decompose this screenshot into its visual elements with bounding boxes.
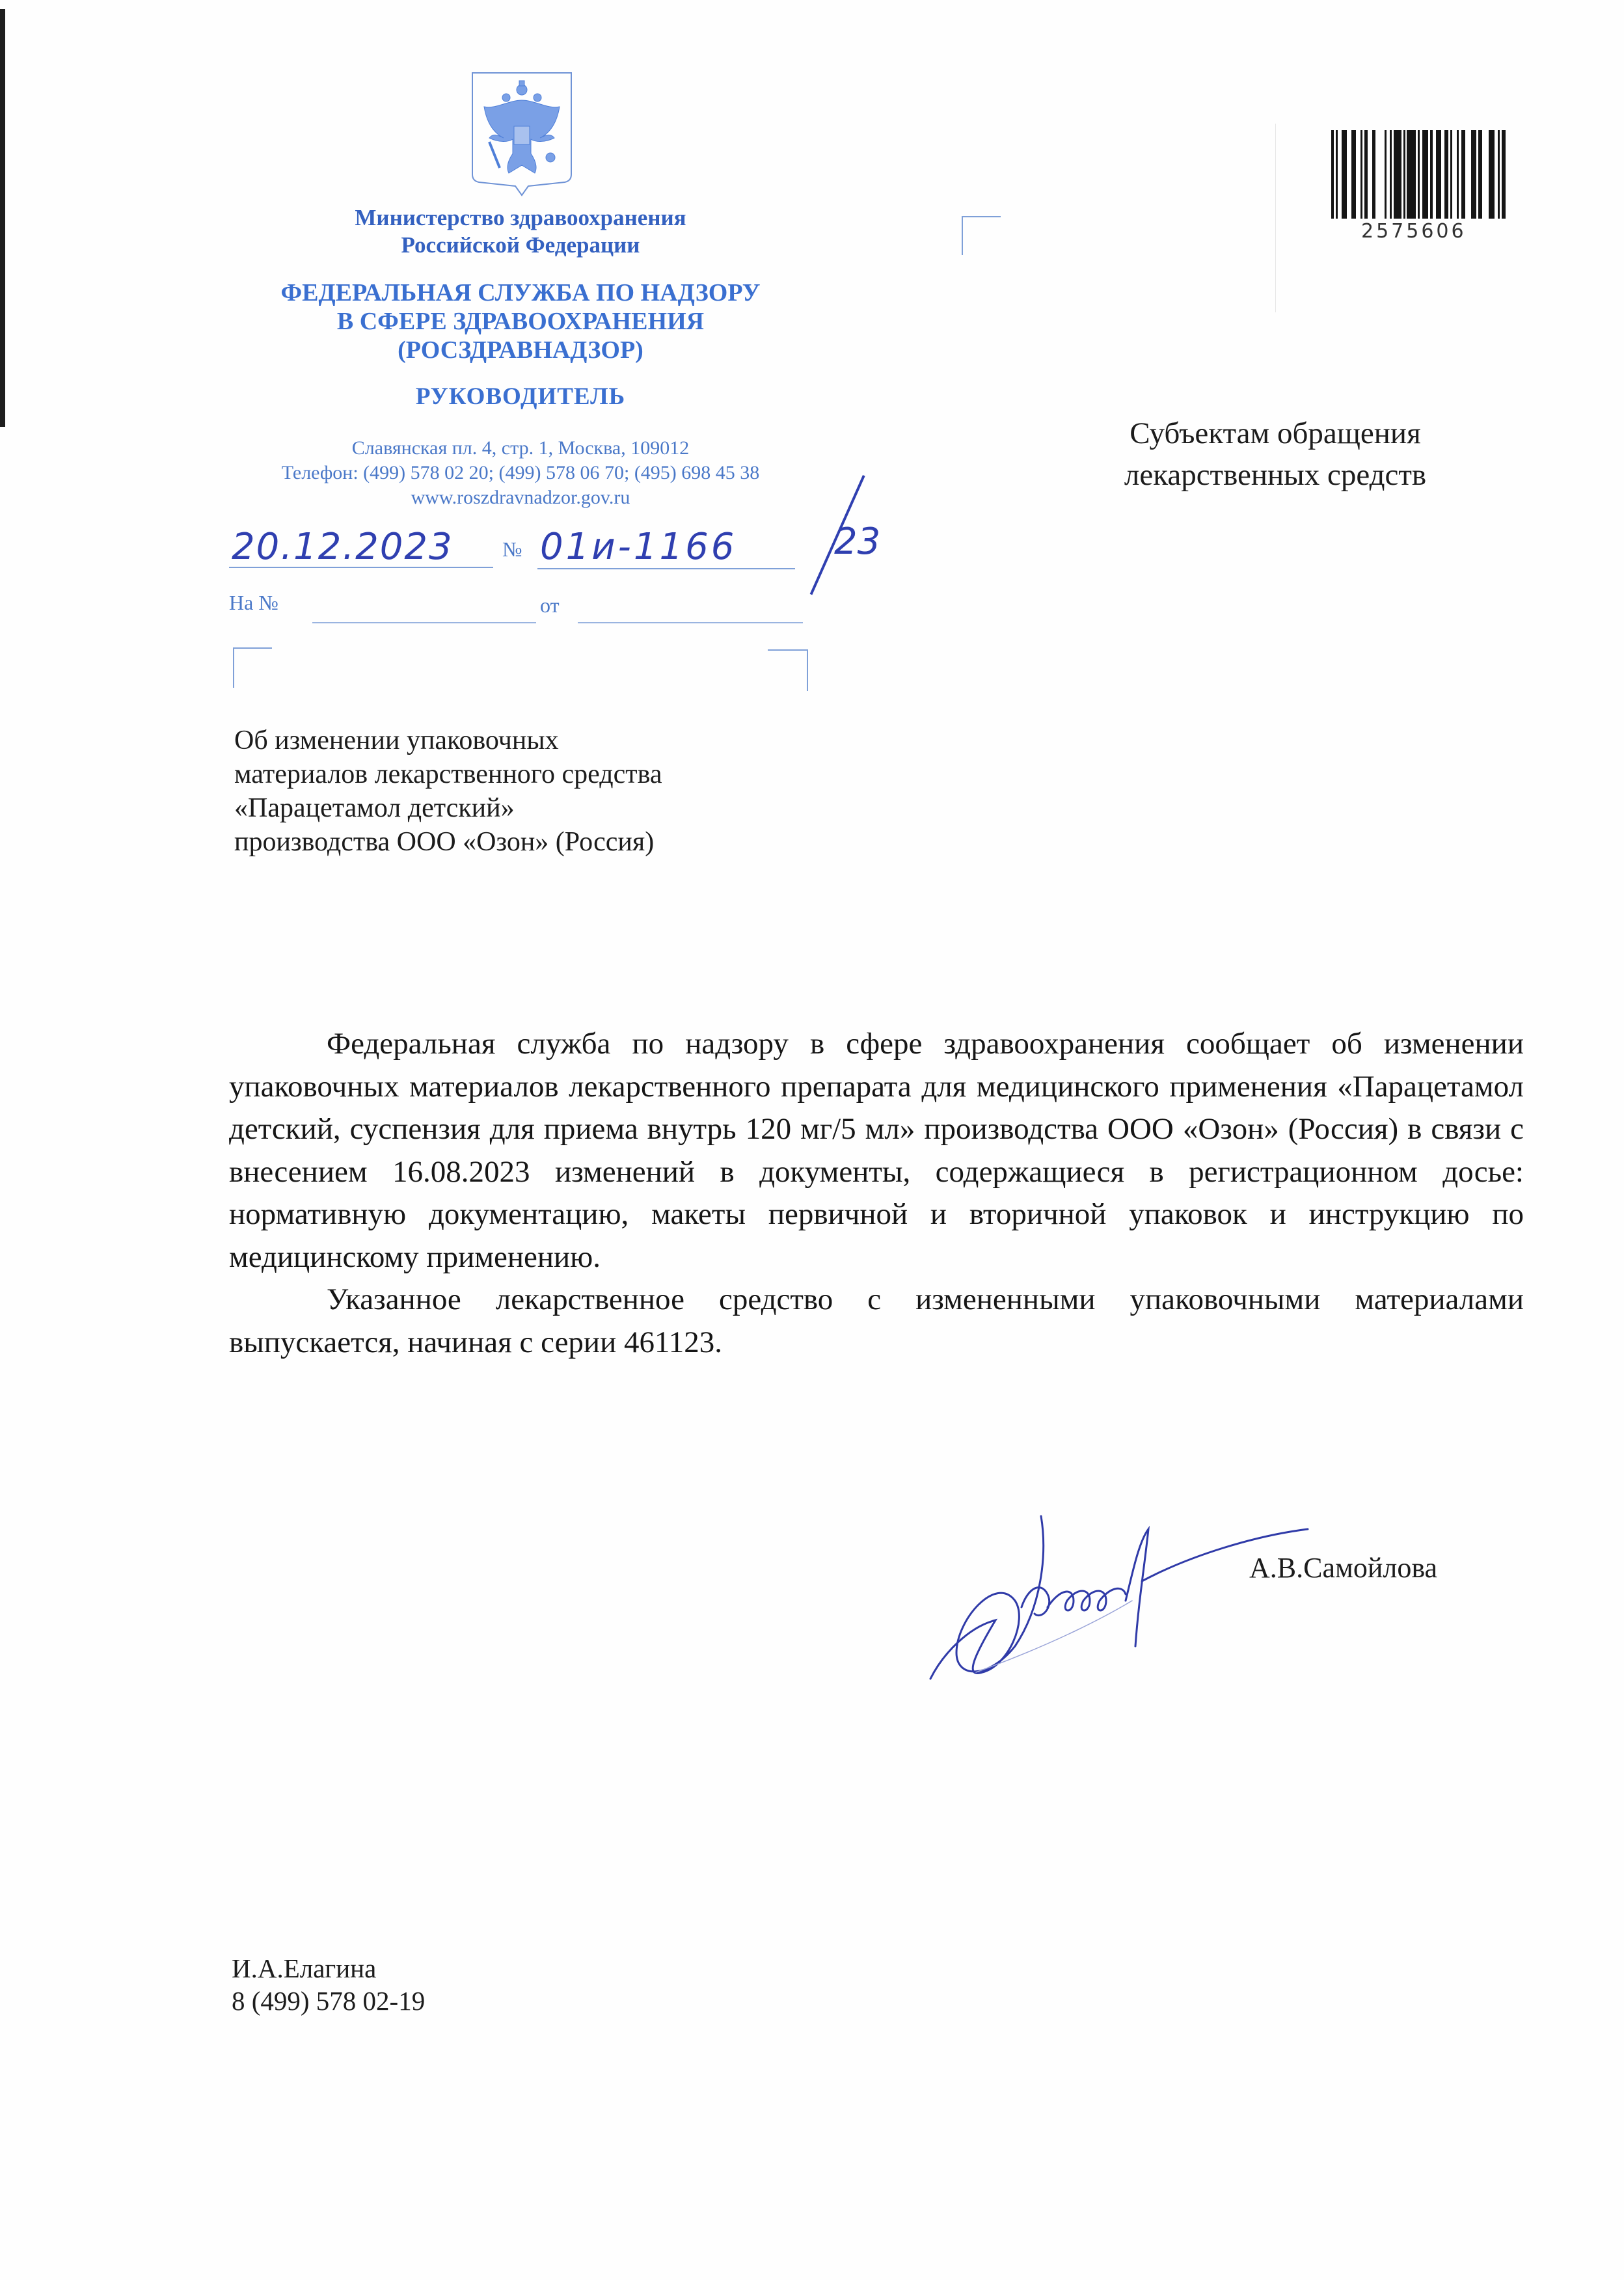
contact-block: Славянская пл. 4, стр. 1, Москва, 109012… — [228, 436, 813, 510]
subject-bracket-left — [233, 647, 272, 688]
number-sign: № — [502, 537, 522, 562]
executor-phone: 8 (499) 578 02-19 — [232, 1985, 425, 2017]
address-bracket — [962, 216, 1001, 255]
reply-from-label: от — [540, 593, 560, 617]
body-paragraph: Федеральная служба по надзору в сфере зд… — [229, 1023, 1524, 1279]
body-paragraph: Указанное лекарственное средство с измен… — [229, 1279, 1524, 1364]
recipient-block: Субъектам обращения лекарственных средст… — [1074, 413, 1477, 496]
barcode-number: 2575606 — [1361, 220, 1498, 243]
russian-coat-of-arms-icon — [470, 70, 574, 200]
registration-number-suffix: 23 — [834, 521, 880, 563]
number-underline — [537, 568, 795, 569]
scan-fold-line — [1275, 124, 1276, 312]
handwritten-signature-icon — [917, 1490, 1340, 1685]
phones: Телефон: (499) 578 02 20; (499) 578 06 7… — [228, 461, 813, 485]
registration-date: 20.12.2023 — [232, 526, 453, 568]
reply-number-label: На № — [229, 591, 278, 615]
barcode — [1331, 130, 1528, 219]
ministry-name: Министерство здравоохранения Российской … — [228, 204, 813, 259]
executor-name: И.А.Елагина — [232, 1952, 425, 1985]
position-title: РУКОВОДИТЕЛЬ — [228, 383, 813, 411]
letter-body: Федеральная служба по надзору в сфере зд… — [229, 1023, 1524, 1364]
reply-date-field — [578, 622, 803, 623]
website-link[interactable]: www.roszdravnadzor.gov.ru — [228, 485, 813, 510]
registration-number: 01и-1166 — [540, 526, 737, 568]
subject-bracket-right — [768, 649, 808, 691]
date-underline — [229, 567, 493, 568]
address: Славянская пл. 4, стр. 1, Москва, 109012 — [228, 436, 813, 461]
signer-name: А.В.Самойлова — [1249, 1551, 1437, 1584]
scan-edge-strip — [0, 9, 5, 427]
executor-block: И.А.Елагина 8 (499) 578 02-19 — [232, 1952, 425, 2017]
subject-block: Об изменении упаковочных материалов лека… — [234, 724, 820, 859]
reply-number-field — [312, 622, 536, 623]
service-name: ФЕДЕРАЛЬНАЯ СЛУЖБА ПО НАДЗОРУ В СФЕРЕ ЗД… — [228, 278, 813, 364]
